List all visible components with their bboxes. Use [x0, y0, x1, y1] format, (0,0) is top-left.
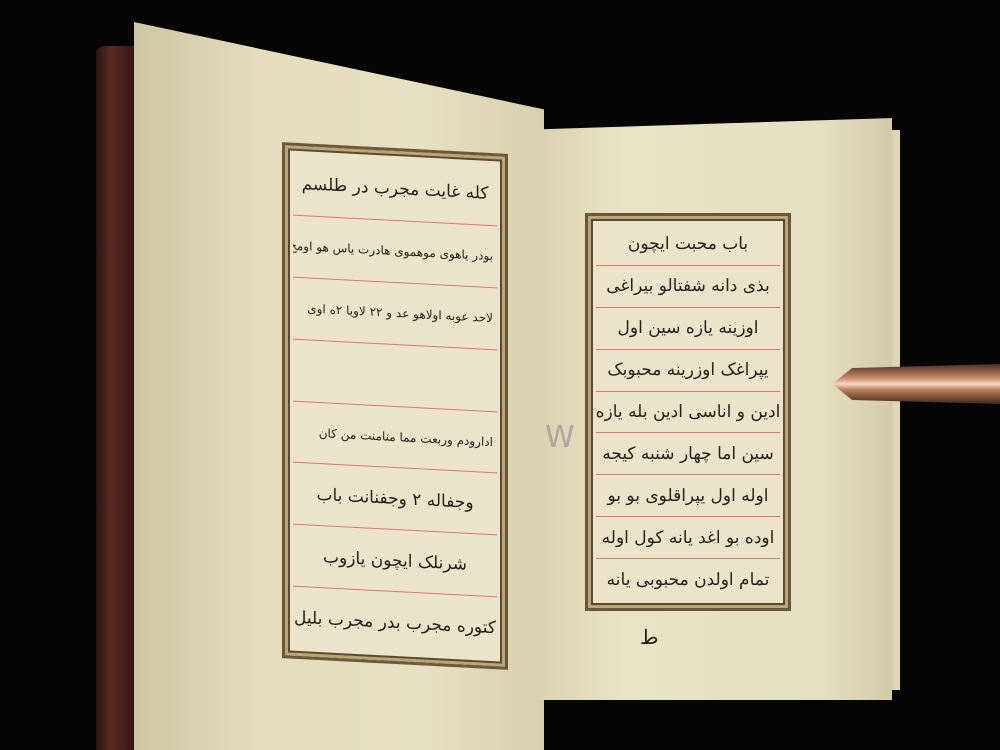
catchword: ط	[640, 625, 659, 649]
left-line: ادارودم وربعت مما منامنت من کان	[293, 401, 497, 474]
left-line: لاحد عوبه اولاهو عد و ۲۲ لاویا ۲ه اوی	[293, 277, 497, 350]
left-text-frame: کله غایت مجرب در طلسم بودر یاهوی موهموی …	[282, 142, 508, 670]
right-line: تمام اولدن محبوبی یانه	[596, 559, 780, 600]
copper-pointer	[832, 364, 1000, 404]
right-line: اوده بو اغد یانه کول اوله	[596, 517, 780, 559]
left-heading: کله غایت مجرب در طلسم	[293, 154, 497, 227]
right-line: اوله اول یپراقلوی بو بو	[596, 475, 780, 517]
pencil-mark: W	[545, 420, 575, 455]
left-line	[293, 339, 497, 412]
right-line: اوزینه یازه سین اول	[596, 308, 780, 350]
left-line: بودر یاهوی موهموی هادرت یاس هو اومح حاصر…	[293, 216, 497, 289]
left-line: کتوره مجرب بدر مجرب بلیل	[293, 587, 497, 659]
right-line: بذی دانه شفتالو بیراغی	[596, 266, 780, 308]
right-line: یپراغک اوزرینه محبوبک	[596, 350, 780, 392]
right-line: باب محبت ایچون	[596, 224, 780, 266]
right-text-frame: باب محبت ایچون بذی دانه شفتالو بیراغی او…	[585, 213, 791, 611]
book-spine	[96, 46, 138, 750]
right-line: سین اما چهار شنبه کیجه	[596, 433, 780, 475]
right-line: ادین و اناسی ادین بله یازه	[596, 392, 780, 434]
left-line: وجفاله ۲ وجفنانت باب	[293, 463, 497, 536]
left-line: شرنلک ایچون یازوب	[293, 525, 497, 598]
